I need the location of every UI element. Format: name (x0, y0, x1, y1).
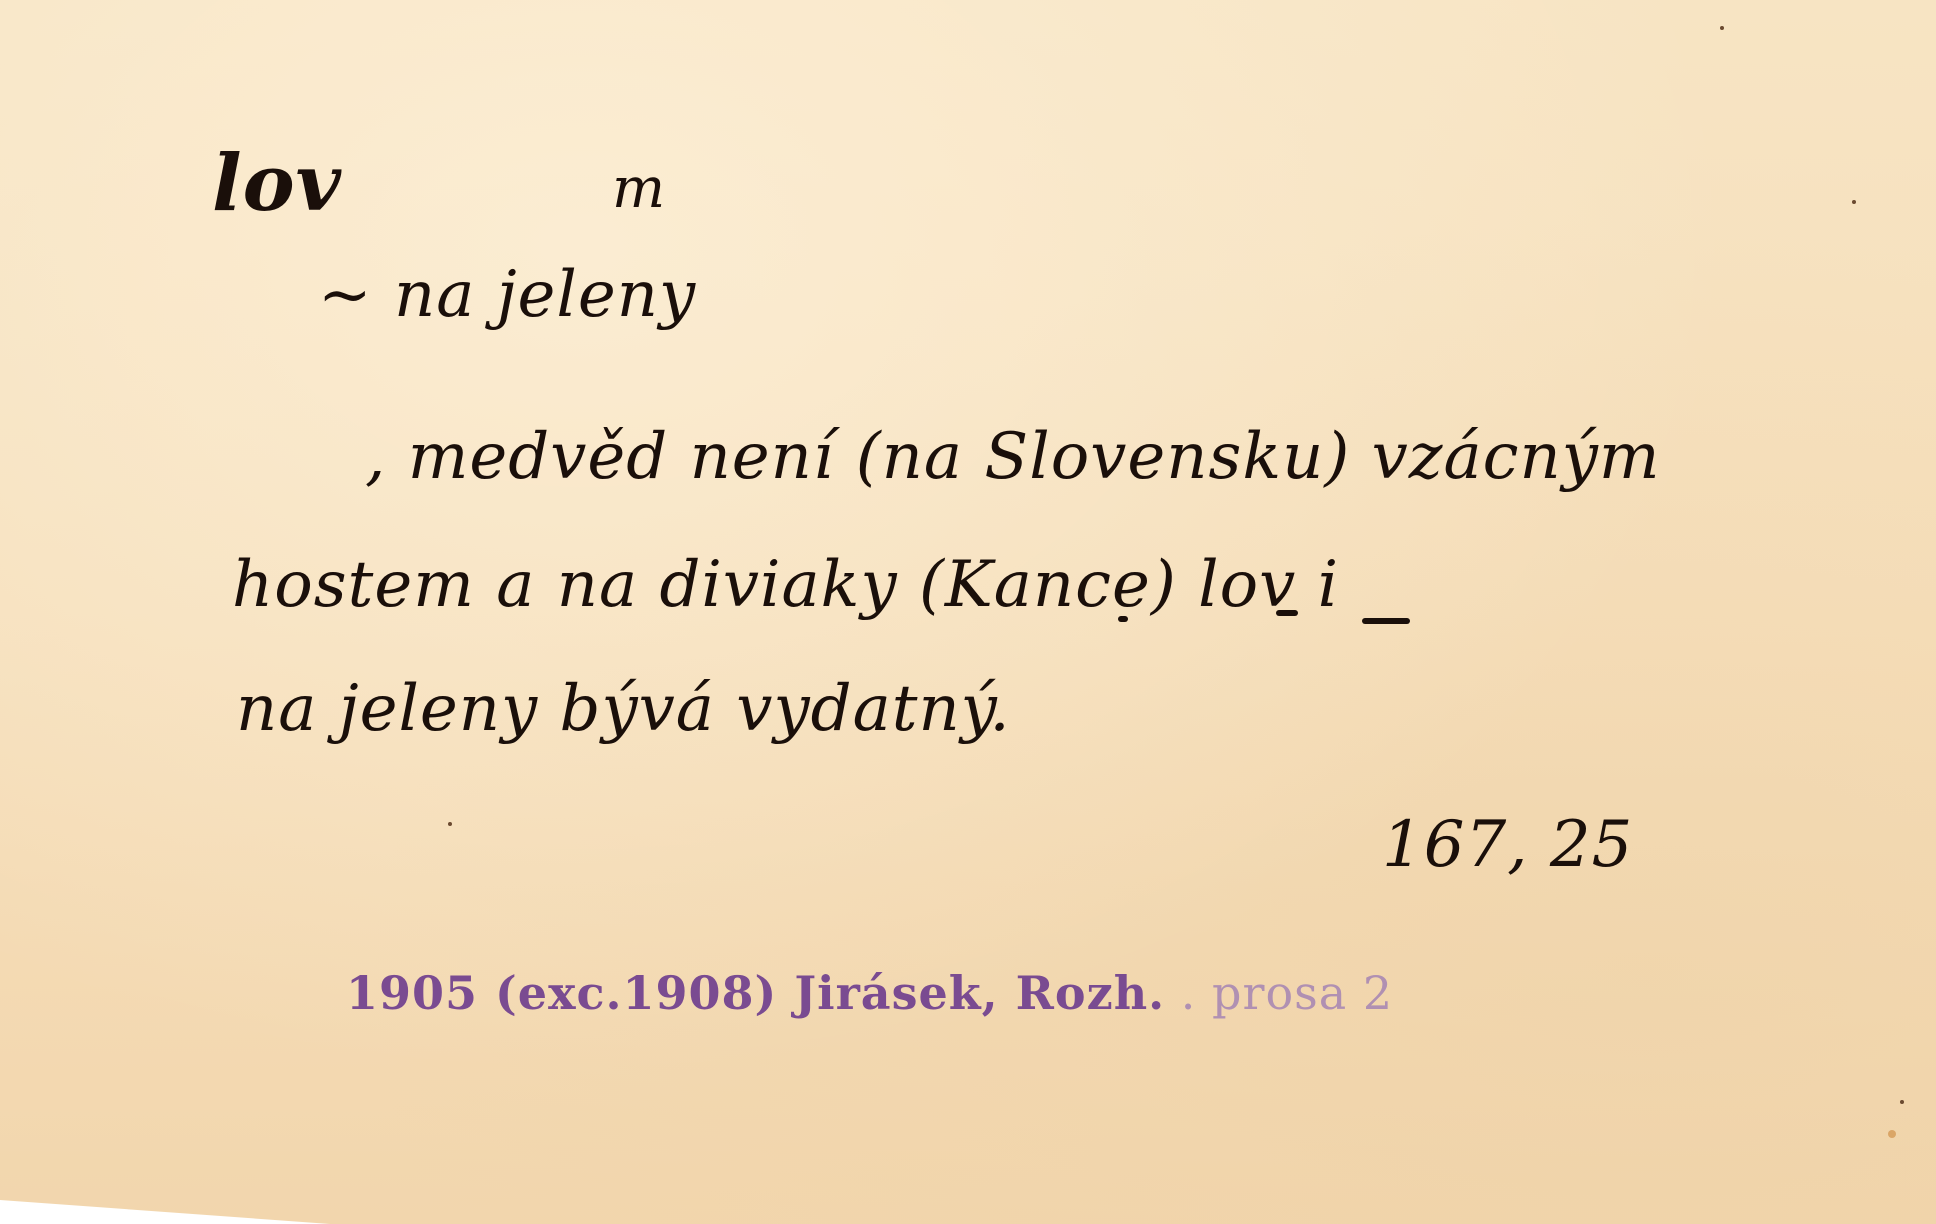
source-reference: 167, 25 (1382, 808, 1633, 882)
headword: lov (212, 138, 342, 229)
citation-line-3: na jeleny bývá vydatný. (236, 672, 1011, 746)
paper-speck (1900, 1100, 1904, 1104)
stamp-faded-text: . prosa 2 (1165, 966, 1393, 1020)
underline-mark-bracket-right (1276, 610, 1298, 616)
underline-mark-lov (1362, 618, 1410, 624)
paper-speck (1720, 26, 1724, 30)
gender-marker: m (612, 156, 666, 221)
citation-line-2: hostem a na diviaky (Kance) lov i (232, 548, 1339, 622)
dictionary-slip: lov m ~ na jeleny , medvěd není (na Slov… (0, 0, 1936, 1224)
underline-mark-bracket-left (1118, 616, 1128, 622)
citation-line-1: , medvěd není (na Slovensku) vzácným (365, 420, 1661, 494)
subentry-phrase: ~ na jeleny (318, 258, 696, 332)
paper-speck (1852, 200, 1856, 204)
paper-stain (1888, 1130, 1896, 1138)
source-stamp: 1905 (exc.1908) Jirásek, Rozh. . prosa 2 (346, 966, 1393, 1020)
paper-speck (448, 822, 452, 826)
stamp-main-text: 1905 (exc.1908) Jirásek, Rozh. (346, 966, 1165, 1020)
